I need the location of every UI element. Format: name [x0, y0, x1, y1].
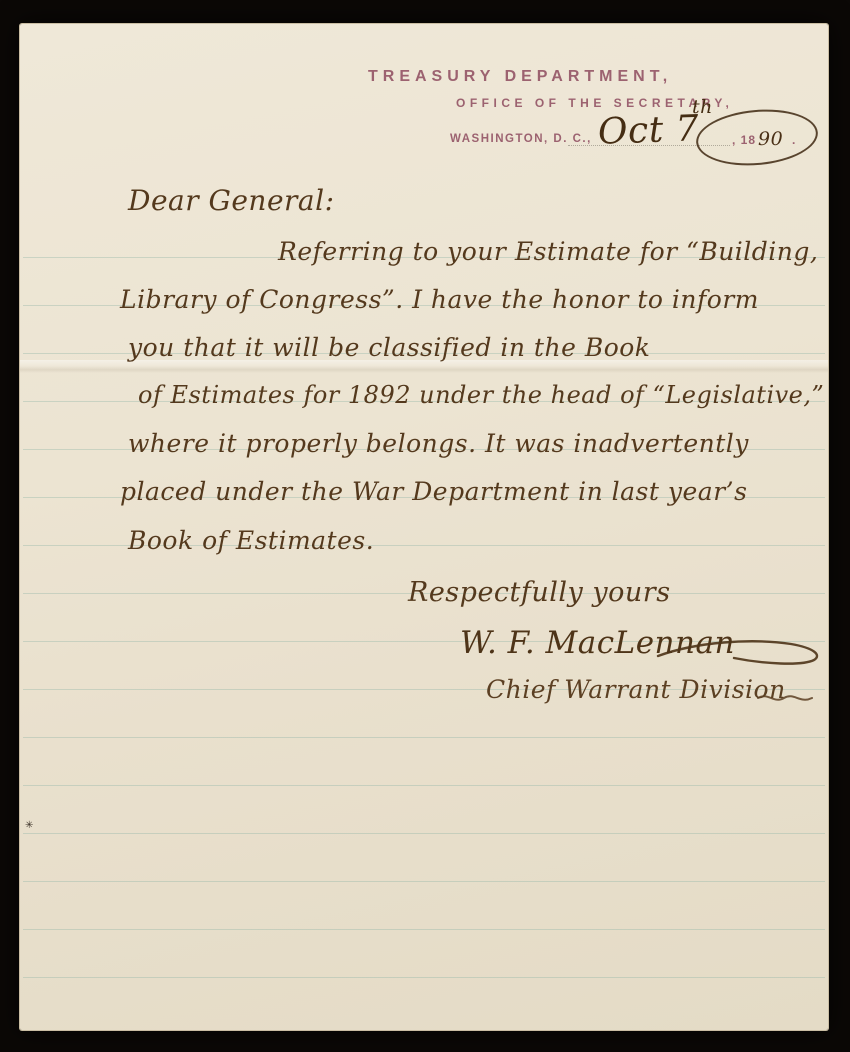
body-line: Referring to your Estimate for “Building… — [278, 237, 818, 266]
letter-paper: TREASURY DEPARTMENT, OFFICE OF THE SECRE… — [20, 24, 828, 1030]
signer-title-flourish — [756, 690, 814, 708]
body-line: Book of Estimates. — [128, 526, 374, 555]
ruled-lines — [23, 210, 825, 1016]
letterhead-department: TREASURY DEPARTMENT, — [368, 68, 672, 86]
signer-title: Chief Warrant Division — [486, 675, 786, 704]
salutation: Dear General: — [128, 184, 335, 217]
body-line: Library of Congress”. I have the honor t… — [120, 285, 759, 314]
body-line: of Estimates for 1892 under the head of … — [138, 381, 824, 409]
handwritten-date-ordinal: th — [692, 96, 713, 118]
body-line: placed under the War Department in last … — [120, 477, 747, 506]
scan-background: { "letterhead": { "department": "TREASUR… — [0, 0, 850, 1052]
closing: Respectfully yours — [408, 577, 671, 608]
body-line: where it properly belongs. It was inadve… — [128, 429, 749, 458]
handwritten-date: Oct 7 — [597, 108, 699, 152]
ink-speck: ✳ — [25, 820, 33, 831]
body-line: you that it will be classified in the Bo… — [128, 333, 650, 362]
signature-flourish — [656, 630, 826, 672]
